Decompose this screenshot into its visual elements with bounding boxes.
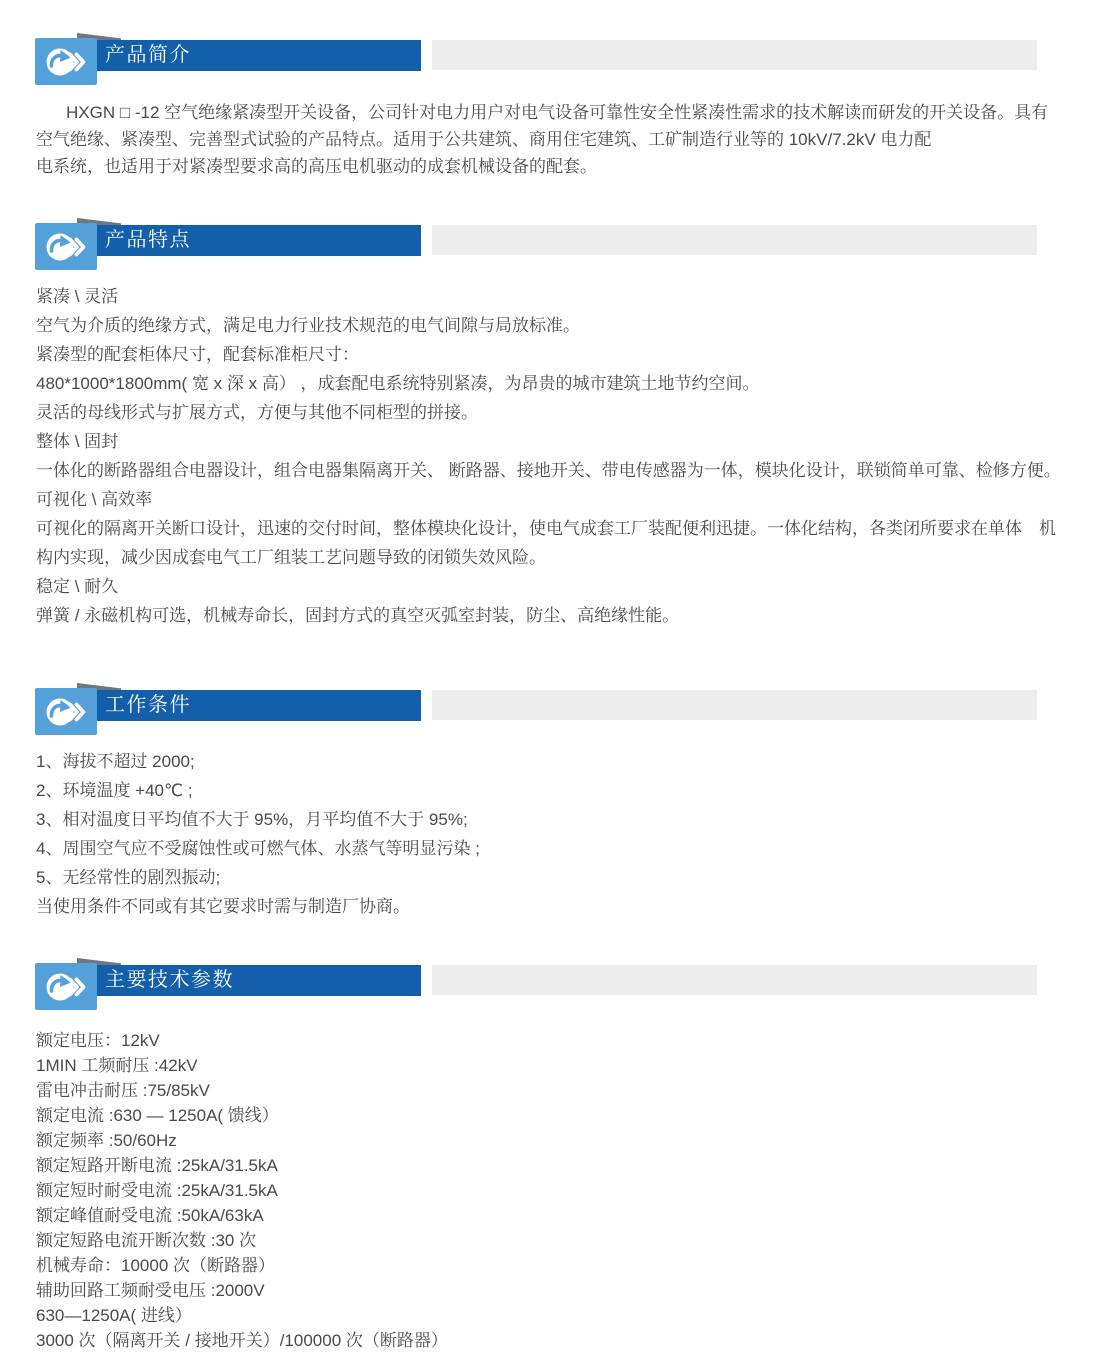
text-line: 构内实现，减少因成套电气工厂组装工艺问题导致的闭锁失效风险。 [36,543,1068,572]
forward-arrow-icon [35,688,97,735]
text-line: 可视化的隔离开关断口设计，迅速的交付时间，整体模块化设计，使电气成套工厂装配便利… [36,514,1068,543]
text-line: 空气绝缘、紧凑型、完善型式试验的产品特点。适用于公共建筑、商用住宅建筑、工矿制造… [36,126,1068,153]
text-line: 5、无经常性的剧烈振动; [36,863,1068,892]
text-line: 3000 次（隔离开关 / 接地开关）/100000 次（断路器） [36,1328,1068,1353]
features-list: 紧凑 \ 灵活空气为介质的绝缘方式，满足电力行业技术规范的电气间隙与局放标准。紧… [36,282,1068,630]
page: { "theme": { "header_bar_color": "#135FA… [0,0,1096,1357]
header-gray-bar [432,225,1037,255]
text-line: 弹簧 / 永磁机构可选，机械寿命长，固封方式的真空灭弧室封装，防尘、高绝缘性能。 [36,601,1068,630]
section-technical-parameters: 主要技术参数 额定电压：12kV1MIN 工频耐压 :42kV雷电冲击耐压 :7… [0,963,1096,1353]
conditions-list: 1、海拔不超过 2000;2、环境温度 +40℃ ;3、相对温度日平均值不大于 … [36,747,1068,921]
text-line: 紧凑型的配套柜体尺寸，配套标准柜尺寸： [36,340,1068,369]
text-line: 额定短时耐受电流 :25kA/31.5kA [36,1178,1068,1203]
text-line: 2、环境温度 +40℃ ; [36,776,1068,805]
text-line: 雷电冲击耐压 :75/85kV [36,1078,1068,1103]
section-header: 产品特点 [35,223,1096,270]
section-product-features: 产品特点 紧凑 \ 灵活空气为介质的绝缘方式，满足电力行业技术规范的电气间隙与局… [0,223,1096,630]
text-line: 一体化的断路器组合电器设计，组合电器集隔离开关、 断路器、接地开关、带电传感器为… [36,456,1068,485]
text-line: 额定电压：12kV [36,1028,1068,1053]
section-title: 主要技术参数 [75,965,234,996]
section-header: 产品简介 [35,38,1096,85]
text-line: 空气为介质的绝缘方式，满足电力行业技术规范的电气间隙与局放标准。 [36,311,1068,340]
text-line: 1、海拔不超过 2000; [36,747,1068,776]
text-line: 4、周围空气应不受腐蚀性或可燃气体、水蒸气等明显污染 ; [36,834,1068,863]
header-bar: 产品特点 [75,225,421,256]
text-line: 1MIN 工频耐压 :42kV [36,1053,1068,1078]
forward-arrow-icon [35,223,97,270]
section-header: 工作条件 [35,688,1096,735]
header-gray-bar [432,690,1037,720]
forward-arrow-icon [35,963,97,1010]
parameters-list: 额定电压：12kV1MIN 工频耐压 :42kV雷电冲击耐压 :75/85kV额… [36,1028,1068,1353]
header-bar: 主要技术参数 [75,965,421,996]
text-line: 额定电流 :630 — 1250A( 馈线） [36,1103,1068,1128]
text-line: HXGN □ -12 空气绝缘紧凑型开关设备，公司针对电力用户对电气设备可靠性安… [36,99,1068,126]
text-line: 紧凑 \ 灵活 [36,282,1068,311]
text-line: 额定频率 :50/60Hz [36,1128,1068,1153]
text-line: 灵活的母线形式与扩展方式，方便与其他不同柜型的拼接。 [36,398,1068,427]
text-line: 3、相对温度日平均值不大于 95%，月平均值不大于 95%; [36,805,1068,834]
header-bar: 产品简介 [75,40,421,71]
text-line: 辅助回路工频耐受电压 :2000V [36,1278,1068,1303]
text-line: 额定峰值耐受电流 :50kA/63kA [36,1203,1068,1228]
text-line: 稳定 \ 耐久 [36,572,1068,601]
intro-paragraph: HXGN □ -12 空气绝缘紧凑型开关设备，公司针对电力用户对电气设备可靠性安… [36,99,1068,180]
text-line: 可视化 \ 高效率 [36,485,1068,514]
section-header: 主要技术参数 [35,963,1096,1010]
section-product-intro: 产品简介 HXGN □ -12 空气绝缘紧凑型开关设备，公司针对电力用户对电气设… [0,38,1096,180]
header-gray-bar [432,965,1037,995]
text-line: 机械寿命：10000 次（断路器） [36,1253,1068,1278]
text-line: 电系统，也适用于对紧凑型要求高的高压电机驱动的成套机械设备的配套。 [36,153,1068,180]
header-gray-bar [432,40,1037,70]
text-line: 整体 \ 固封 [36,427,1068,456]
section-working-conditions: 工作条件 1、海拔不超过 2000;2、环境温度 +40℃ ;3、相对温度日平均… [0,688,1096,921]
text-line: 当使用条件不同或有其它要求时需与制造厂协商。 [36,892,1068,921]
forward-arrow-icon [35,38,97,85]
text-line: 额定短路电流开断次数 :30 次 [36,1228,1068,1253]
text-line: 480*1000*1800mm( 宽 x 深 x 高） ，成套配电系统特别紧凑，… [36,369,1068,398]
text-line: 630—1250A( 进线） [36,1303,1068,1328]
text-line: 额定短路开断电流 :25kA/31.5kA [36,1153,1068,1178]
header-bar: 工作条件 [75,690,421,721]
